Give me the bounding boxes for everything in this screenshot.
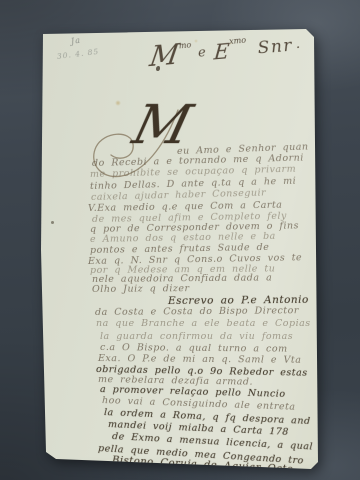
handwritten-line: Olho Juiz q dizer: [92, 283, 190, 295]
salutation-part: .: [295, 37, 300, 52]
handwritten-line: da Costa e Costa do Bispo Director: [95, 305, 299, 318]
handwritten-line: na que Branche a ele beata e Copias: [96, 318, 311, 329]
handwritten-line: la guarda confirmou da viu fomas: [100, 331, 293, 342]
salutation-part: e: [197, 45, 206, 61]
pencil-date-annotation: Ja: [70, 36, 81, 46]
stain-spot: [115, 100, 121, 106]
salutation-part: M: [148, 43, 180, 68]
stain-spot: [51, 221, 54, 224]
salutation-part: E: [213, 43, 230, 62]
salutation-part: xmo: [229, 36, 247, 46]
salutation: MmoeExmoSnr.: [149, 31, 304, 68]
drop-cap-initial: M: [128, 98, 197, 152]
pencil-date-annotation: 30. 4. 85: [56, 47, 99, 61]
salutation-part: Snr: [257, 36, 294, 59]
letter-paper: Ja 30. 4. 85 MmoeExmoSnr. M eu Amo e Sen…: [0, 0, 360, 480]
manuscript-photo: Ja 30. 4. 85 MmoeExmoSnr. M eu Amo e Sen…: [0, 0, 360, 480]
paper-shadow: Ja 30. 4. 85 MmoeExmoSnr. M eu Amo e Sen…: [0, 0, 360, 480]
